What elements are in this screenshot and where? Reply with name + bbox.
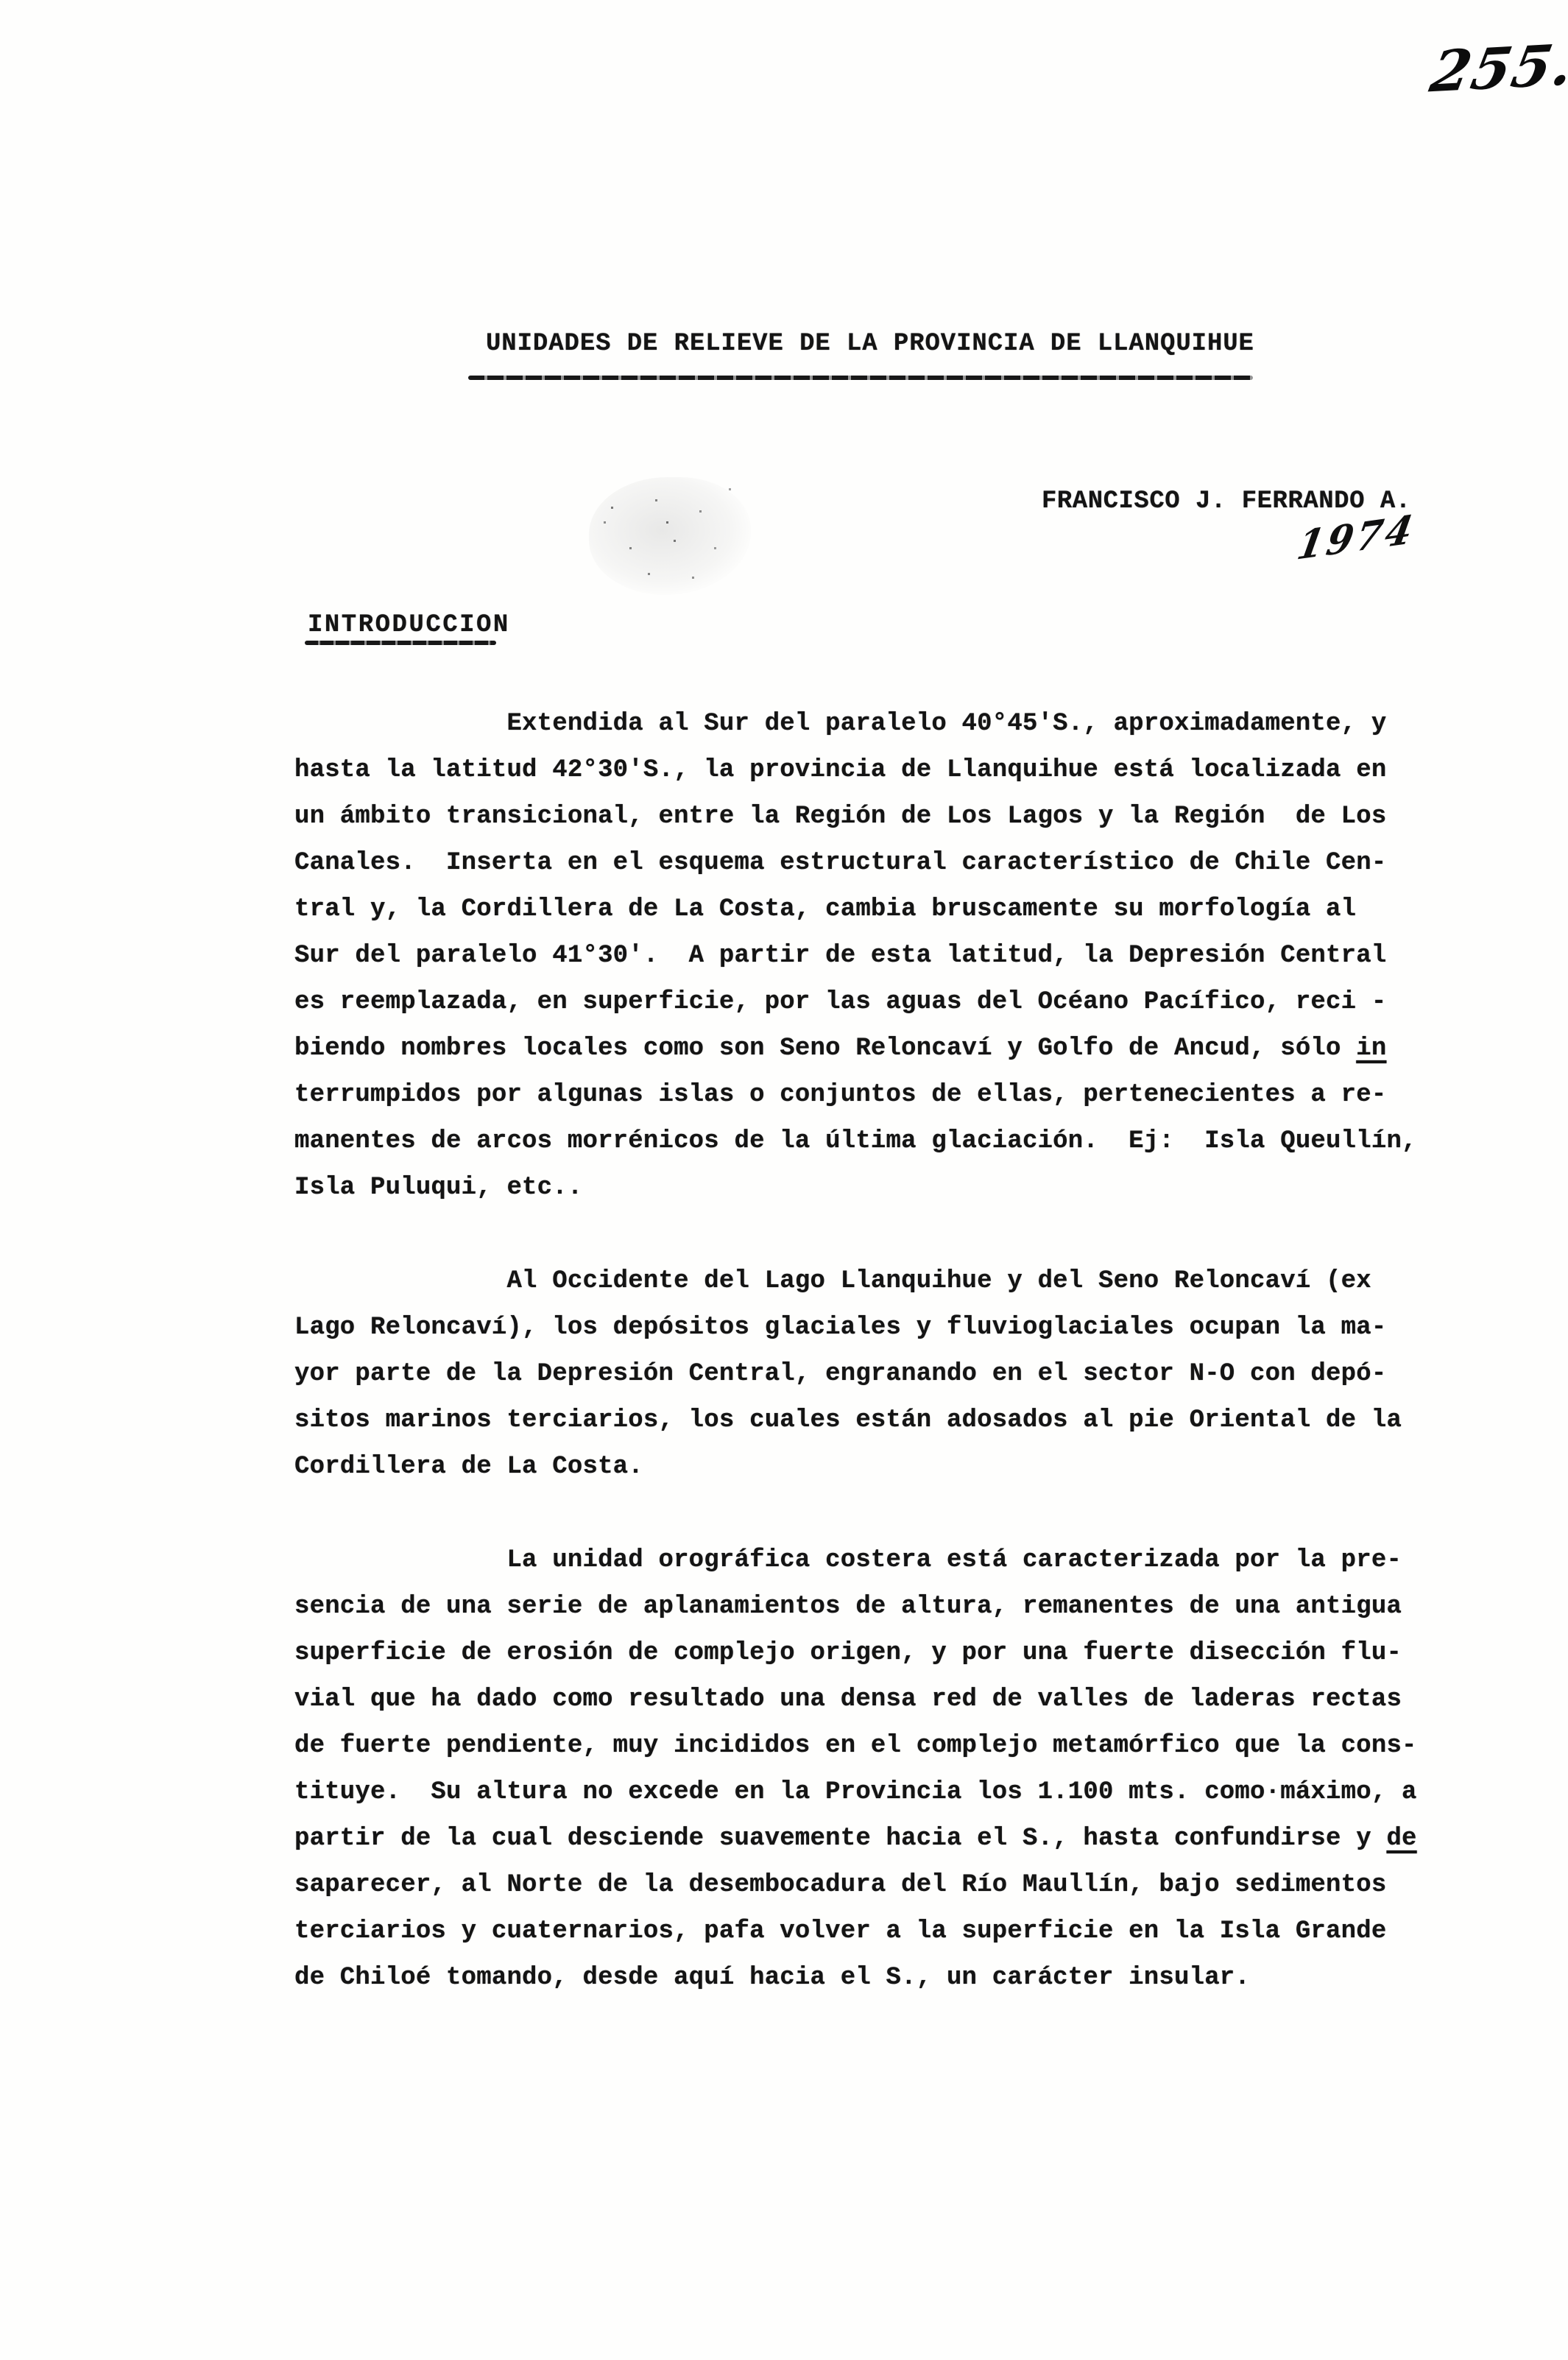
text-line: yor parte de la Depresión Central, engra… [294,1351,1472,1398]
line-text: sitos marinos terciarios, los cuales est… [294,1406,1402,1434]
line-text: vial que ha dado como resultado una dens… [294,1686,1402,1713]
line-text: saparecer, al Norte de la desembocadura … [294,1871,1386,1899]
heading-underline [305,641,496,645]
line-text: yor parte de la Depresión Central, engra… [294,1360,1386,1388]
line-text: Extendida al Sur del paralelo 40°45'S., … [294,710,1386,738]
text-line: es reemplazada, en superficie, por las a… [294,979,1472,1026]
line-text: biendo nombres locales como son Seno Rel… [294,1035,1356,1063]
line-text: terrumpidos por algunas islas o conjunto… [294,1081,1386,1109]
line-text: superficie de erosión de complejo origen… [294,1639,1402,1667]
paragraph: Al Occidente del Lago Llanquihue y del S… [294,1258,1472,1490]
text-line: Canales. Inserta en el esquema estructur… [294,840,1472,887]
line-text: de Chiloé tomando, desde aquí hacia el S… [294,1964,1250,1992]
line-text: Sur del paralelo 41°30'. A partir de est… [294,942,1386,970]
text-line: sitos marinos terciarios, los cuales est… [294,1398,1472,1444]
text-line: manentes de arcos morrénicos de la últim… [294,1119,1472,1165]
text-line: Isla Puluqui, etc.. [294,1165,1472,1211]
text-line: La unidad orográfica costera está caract… [294,1537,1472,1584]
text-line: tituye. Su altura no excede en la Provin… [294,1769,1472,1816]
line-text: partir de la cual desciende suavemente h… [294,1825,1386,1853]
line-text: es reemplazada, en superficie, por las a… [294,988,1386,1016]
text-line: biendo nombres locales como son Seno Rel… [294,1026,1472,1072]
line-text: Isla Puluqui, etc.. [294,1174,582,1202]
line-text: La unidad orográfica costera está caract… [294,1546,1402,1574]
author-name: FRANCISCO J. FERRANDO A. [1042,487,1411,515]
line-text: tituye. Su altura no excede en la Provin… [294,1778,1417,1806]
line-text: Lago Reloncaví), los depósitos glaciales… [294,1314,1386,1342]
line-text: Al Occidente del Lago Llanquihue y del S… [294,1267,1371,1295]
text-line: partir de la cual desciende suavemente h… [294,1816,1472,1862]
underlined-text: de [1386,1825,1416,1853]
line-text: tral y, la Cordillera de La Costa, cambi… [294,895,1356,923]
document-body: Extendida al Sur del paralelo 40°45'S., … [294,701,1472,2001]
text-line: hasta la latitud 42°30'S., la provincia … [294,747,1472,794]
line-text: terciarios y cuaternarios, pafa volver a… [294,1917,1386,1945]
underlined-text: in [1356,1035,1386,1063]
text-line: terrumpidos por algunas islas o conjunto… [294,1072,1472,1119]
text-line: saparecer, al Norte de la desembocadura … [294,1862,1472,1909]
section-heading-introduccion: INTRODUCCION [308,611,510,639]
text-line: Sur del paralelo 41°30'. A partir de est… [294,933,1472,979]
title-underline [468,376,1253,380]
line-text: hasta la latitud 42°30'S., la provincia … [294,756,1386,784]
text-line: superficie de erosión de complejo origen… [294,1630,1472,1677]
text-line: Lago Reloncaví), los depósitos glaciales… [294,1305,1472,1351]
text-line: de Chiloé tomando, desde aquí hacia el S… [294,1955,1472,2001]
line-text: un ámbito transicional, entre la Región … [294,803,1386,831]
text-line: Extendida al Sur del paralelo 40°45'S., … [294,701,1472,747]
text-line: Al Occidente del Lago Llanquihue y del S… [294,1258,1472,1305]
line-text: Canales. Inserta en el esquema estructur… [294,849,1386,877]
handwritten-year: 1974 [1293,507,1419,570]
stamp-smudge [589,477,751,595]
text-line: tral y, la Cordillera de La Costa, cambi… [294,887,1472,933]
line-text: manentes de arcos morrénicos de la últim… [294,1127,1417,1155]
text-line: un ámbito transicional, entre la Región … [294,794,1472,840]
document-title: UNIDADES DE RELIEVE DE LA PROVINCIA DE L… [486,330,1254,358]
text-line: Cordillera de La Costa. [294,1444,1472,1490]
paragraph: La unidad orográfica costera está caract… [294,1537,1472,2001]
text-line: de fuerte pendiente, muy incididos en el… [294,1723,1472,1769]
handwritten-page-number: 255. [1425,31,1568,105]
text-line: sencia de una serie de aplanamientos de … [294,1584,1472,1630]
text-line: vial que ha dado como resultado una dens… [294,1677,1472,1723]
text-line: terciarios y cuaternarios, pafa volver a… [294,1909,1472,1955]
paragraph: Extendida al Sur del paralelo 40°45'S., … [294,701,1472,1211]
line-text: de fuerte pendiente, muy incididos en el… [294,1732,1417,1760]
line-text: Cordillera de La Costa. [294,1453,643,1481]
scanned-document-page: 255. UNIDADES DE RELIEVE DE LA PROVINCIA… [0,0,1568,2360]
line-text: sencia de una serie de aplanamientos de … [294,1593,1402,1621]
